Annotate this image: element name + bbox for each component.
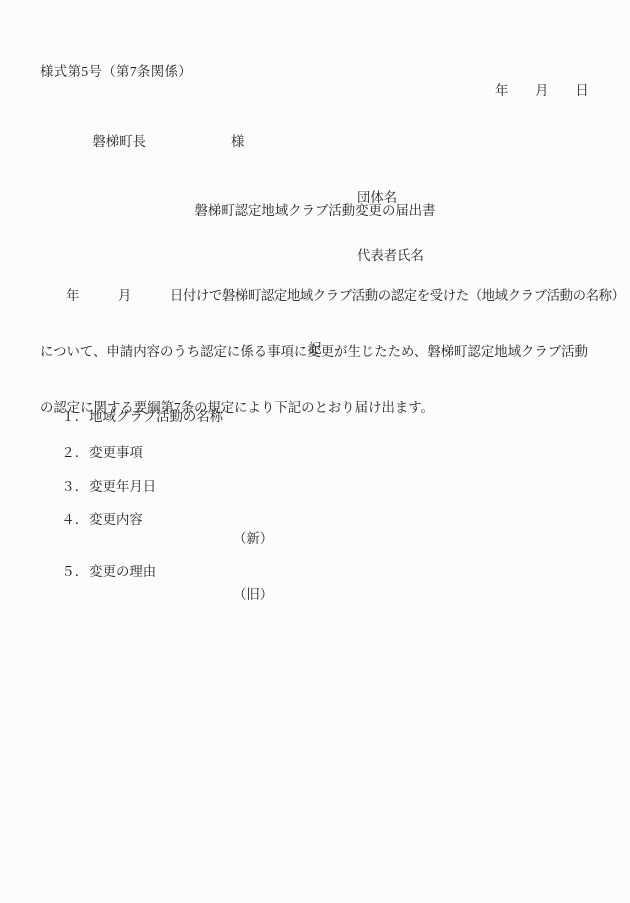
item-label: 地域クラブ活動の名称 bbox=[89, 409, 223, 424]
item-number: ２． bbox=[61, 445, 88, 460]
document-page: 様式第5号（第7条関係） 年 月 日 磐梯町長様 団体名 代表者氏名 磐梯町認定… bbox=[0, 0, 630, 903]
item-number: １． bbox=[61, 409, 88, 424]
item4-old-label: （旧） bbox=[233, 586, 273, 605]
item-label: 変更内容 bbox=[89, 512, 143, 527]
form-number: 様式第5号（第7条関係） bbox=[40, 63, 192, 81]
item-label: 変更年月日 bbox=[89, 479, 156, 494]
list-item-5: ５．変更の理由 bbox=[48, 545, 156, 599]
item-number: ３． bbox=[61, 479, 88, 494]
addressee-line: 磐梯町長様 bbox=[79, 115, 244, 169]
item-label: 変更の理由 bbox=[89, 564, 156, 579]
item-number: ４． bbox=[61, 512, 88, 527]
item-label: 変更事項 bbox=[89, 445, 143, 460]
addressee-honorific: 様 bbox=[231, 134, 244, 149]
date-line: 年 月 日 bbox=[495, 82, 589, 100]
item4-new-label: （新） bbox=[233, 530, 273, 549]
list-item-4: ４．変更内容 bbox=[48, 493, 143, 547]
addressee-name: 磐梯町長 bbox=[92, 134, 146, 149]
document-title: 磐梯町認定地域クラブ活動変更の届出書 bbox=[0, 202, 630, 220]
list-item-4-sub: （新） （旧） bbox=[233, 493, 273, 642]
record-marker: 記 bbox=[0, 340, 630, 358]
item-number: ５． bbox=[61, 564, 88, 579]
body-line-1: 年 月 日付けで磐梯町認定地域クラブ活動の認定を受けた（地域クラブ活動の名称） bbox=[40, 287, 625, 306]
